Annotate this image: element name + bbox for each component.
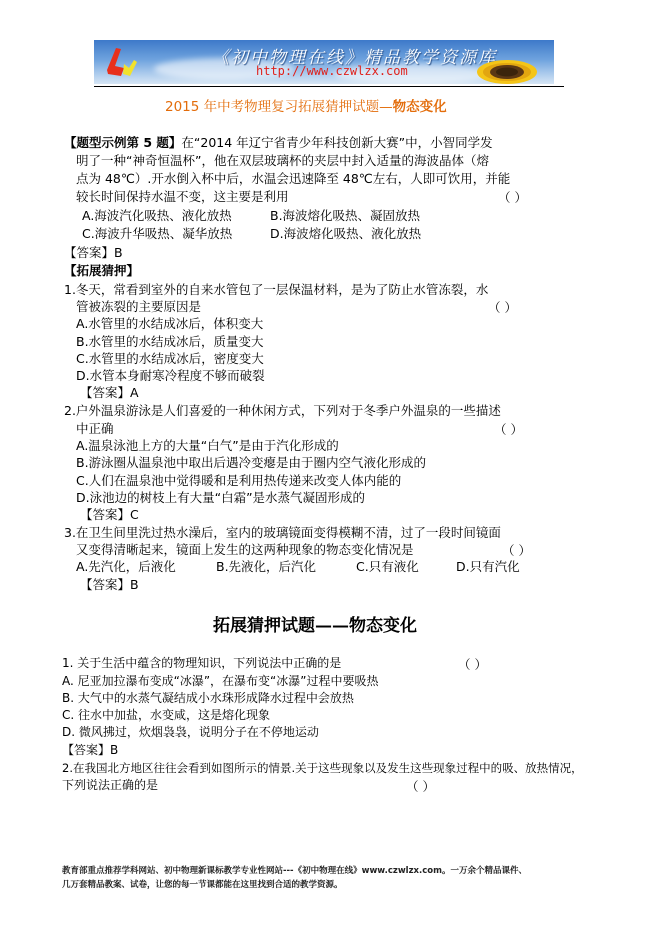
option-b: B.游泳圈从温泉池中取出后遇冷变瘪是由于圈内空气液化形成的 [76, 454, 426, 472]
option-c: C.只有液化 [356, 558, 419, 576]
section2-question-2-line-1: 2.在我国北方地区往往会看到如图所示的情景.关于这些现象以及发生这些现象过程中的… [62, 760, 583, 777]
document-title-topic: 物态变化 [393, 99, 447, 115]
banner-divider [94, 86, 564, 87]
example-question-line-2: 明了一种“神奇恒温杯”，他在双层玻璃杯的夹层中封入适量的海波晶体（熔 [76, 152, 489, 170]
question-3-line-1: 3.在卫生间里洗过热水澡后，室内的玻璃镜面变得模糊不清，过了一段时间镜面 [64, 524, 501, 542]
option-c: C.海波升华吸热、凝华放热 [82, 225, 232, 243]
extension-heading: 【拓展猜押】 [64, 262, 139, 280]
answer-blank: （ ） [494, 420, 523, 438]
czwlzx-logo-icon [102, 46, 142, 80]
answer-blank: （ ） [458, 655, 487, 673]
question-2-line-1: 2.户外温泉游泳是人们喜爱的一种休闲方式，下列对于冬季户外温泉的一些描述 [64, 402, 501, 420]
answer-blank: （ ） [488, 298, 517, 316]
footer-line-2: 几万套精品教案、试卷，让您的每一节课都能在这里找到合适的教学资源。 [62, 878, 343, 890]
option-d: D.水管本身耐寒冷程度不够而破裂 [76, 367, 265, 385]
question-3-answer: 【答案】B [80, 576, 139, 594]
option-d: D.只有汽化 [456, 558, 520, 576]
section-title: 拓展猜押试题——物态变化 [213, 611, 417, 636]
banner-url: http://www.czwlzx.com [256, 64, 408, 78]
question-3-line-2: 又变得清晰起来，镜面上发生的这两种现象的物态变化情况是 [76, 541, 414, 559]
section2-question-2-line-2: 下列说法正确的是 [62, 777, 158, 794]
example-answer: 【答案】B [64, 244, 123, 262]
question-2-answer: 【答案】C [80, 506, 139, 524]
option-d: D.泳池边的树枝上有大量“白霜”是水蒸气凝固形成的 [76, 489, 365, 507]
option-c: C. 往水中加盐，水变咸，这是熔化现象 [62, 707, 270, 724]
option-a: A.温泉泳池上方的大量“白气”是由于汽化形成的 [76, 437, 339, 455]
option-d: D.海波熔化吸热、液化放热 [270, 225, 421, 243]
header-banner: 《初中物理在线》精品教学资源库 http://www.czwlzx.com [94, 40, 554, 84]
question-2-line-2: 中正确 [76, 420, 114, 438]
example-question-line-1: 【题型示例第 5 题】在“2014 年辽宁省青少年科技创新大赛”中，小智同学发 [64, 134, 493, 152]
option-b: B. 大气中的水蒸气凝结成小水珠形成降水过程中会放热 [62, 690, 354, 707]
example-question-line-3: 点为 48℃）.开水倒入杯中后，水温会迅速降至 48℃左右，人即可饮用，并能 [76, 170, 510, 188]
footer-line-1: 教育部重点推荐学科网站、初中物理新课标教学专业性网站---《初中物理在线》www… [62, 864, 527, 876]
document-title-prefix: 2015 年中考物理复习拓展猜押试题— [165, 99, 393, 115]
section2-question-1-answer: 【答案】B [62, 742, 118, 759]
example-label: 【题型示例第 5 题】 [64, 135, 181, 150]
example-stem: 在“2014 年辽宁省青少年科技创新大赛”中，小智同学发 [181, 135, 492, 150]
answer-blank: （ ） [406, 777, 435, 795]
option-a: A.水管里的水结成冰后，体积变大 [76, 315, 263, 333]
question-1-line-2: 管被冻裂的主要原因是 [76, 298, 201, 316]
option-c: C.水管里的水结成冰后，密度变大 [76, 350, 264, 368]
answer-blank: （ ） [502, 541, 531, 559]
option-b: B.水管里的水结成冰后，质量变大 [76, 333, 264, 351]
question-1-line-1: 1.冬天，常看到室外的自来水管包了一层保温材料，是为了防止水管冻裂，水 [64, 281, 488, 299]
option-a: A.先汽化，后液化 [76, 558, 176, 576]
option-a: A. 尼亚加拉瀑布变成“冰瀑”，在瀑布变“冰瀑”过程中要吸热 [62, 673, 379, 690]
option-b: B.先液化，后汽化 [216, 558, 316, 576]
option-c: C.人们在温泉池中觉得暖和是利用热传递来改变人体内能的 [76, 472, 401, 490]
example-question-line-4: 较长时间保持水温不变，这主要是利用 [76, 188, 289, 206]
option-d: D. 微风拂过，炊烟袅袅，说明分子在不停地运动 [62, 724, 319, 741]
sunflower-icon [472, 50, 542, 84]
question-1-answer: 【答案】A [80, 384, 139, 402]
option-a: A.海波汽化吸热、液化放热 [82, 207, 232, 225]
option-b: B.海波熔化吸热、凝固放热 [270, 207, 420, 225]
answer-blank: （ ） [498, 188, 527, 206]
document-title: 2015 年中考物理复习拓展猜押试题—物态变化 [165, 95, 447, 115]
section2-question-1-stem: 1. 关于生活中蕴含的物理知识，下列说法中正确的是 [62, 655, 341, 672]
